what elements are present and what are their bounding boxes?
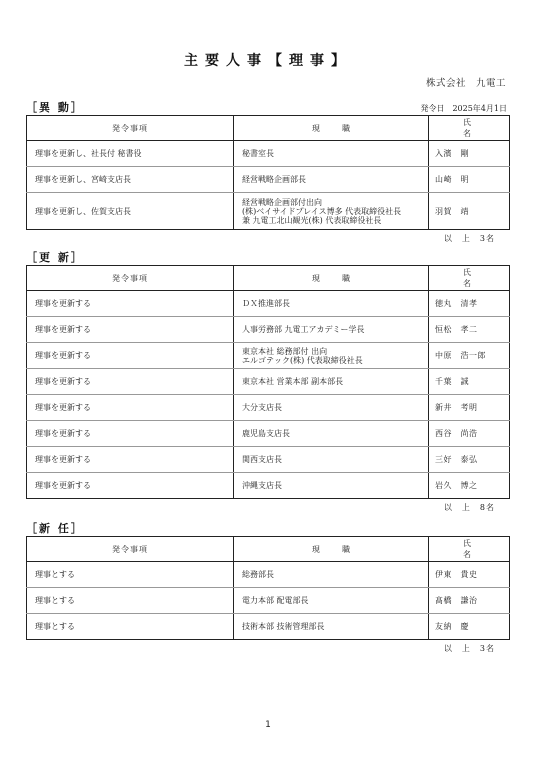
name-cell: 中原 浩一郎: [429, 343, 510, 369]
position-line: 経営戦略企画部付出向: [242, 198, 420, 207]
section-label: ［異 動］: [26, 99, 84, 115]
position-cell: 経営戦略企画部長: [234, 167, 429, 193]
col-header-position: 現職: [234, 537, 429, 562]
position-line: 兼 九電工北山観光(株) 代表取締役社長: [242, 216, 420, 225]
position-cell: 沖縄支店長: [234, 473, 429, 499]
col-header-matter: 発令事項: [27, 266, 234, 291]
name-cell: 新井 考明: [429, 395, 510, 421]
table-row: 理事を更新する 東京本社 総務部付 出向 エルゴテック(株) 代表取締役社長 中…: [27, 343, 510, 369]
matter-cell: 理事を更新し、宮崎支店長: [27, 167, 234, 193]
name-cell: 千葉 誠: [429, 369, 510, 395]
matter-cell: 理事とする: [27, 562, 234, 588]
table-row: 理事を更新する 大分支店長 新井 考明: [27, 395, 510, 421]
name-cell: 三好 泰弘: [429, 447, 510, 473]
name-cell: 伊東 貴史: [429, 562, 510, 588]
matter-cell: 理事を更新する: [27, 369, 234, 395]
table-row: 理事を更新する 鹿児島支店長 西谷 尚浩: [27, 421, 510, 447]
position-cell: 電力本部 配電部長: [234, 588, 429, 614]
position-cell: 関西支店長: [234, 447, 429, 473]
col-header-matter: 発令事項: [27, 116, 234, 141]
section-renewal: ［更 新］ 発令事項 現職 氏名 理事を更新する ＤＸ推進部長 徳丸 清孝 理事…: [26, 251, 509, 513]
col-header-matter: 発令事項: [27, 537, 234, 562]
name-cell: 友納 慶: [429, 614, 510, 640]
section-label: ［新 任］: [26, 520, 84, 536]
position-cell: 経営戦略企画部付出向 (株)ベイサイドプレイス博多 代表取締役社長 兼 九電工北…: [234, 193, 429, 230]
personnel-table: 発令事項 現職 氏名 理事とする 総務部長 伊東 貴史 理事とする 電力本部 配…: [26, 536, 510, 640]
position-cell: 東京本社 営業本部 副本部長: [234, 369, 429, 395]
section-total: 以 上 3名: [26, 643, 509, 654]
position-cell: 秘書室長: [234, 141, 429, 167]
position-cell: ＤＸ推進部長: [234, 291, 429, 317]
table-row: 理事を更新する ＤＸ推進部長 徳丸 清孝: [27, 291, 510, 317]
position-cell: 東京本社 総務部付 出向 エルゴテック(株) 代表取締役社長: [234, 343, 429, 369]
position-cell: 大分支店長: [234, 395, 429, 421]
matter-cell: 理事を更新する: [27, 395, 234, 421]
table-row: 理事を更新する 東京本社 営業本部 副本部長 千葉 誠: [27, 369, 510, 395]
effective-date: 発令日 2025年4月1日: [420, 103, 507, 114]
position-cell: 技術本部 技術管理部長: [234, 614, 429, 640]
matter-cell: 理事を更新する: [27, 447, 234, 473]
matter-cell: 理事を更新する: [27, 291, 234, 317]
name-cell: 恒松 孝二: [429, 317, 510, 343]
name-cell: 羽賀 靖: [429, 193, 510, 230]
table-row: 理事とする 技術本部 技術管理部長 友納 慶: [27, 614, 510, 640]
section-new-appointment: ［新 任］ 発令事項 現職 氏名 理事とする 総務部長 伊東 貴史 理事とする …: [26, 522, 509, 654]
matter-cell: 理事を更新する: [27, 421, 234, 447]
table-row: 理事とする 総務部長 伊東 貴史: [27, 562, 510, 588]
name-cell: 徳丸 清孝: [429, 291, 510, 317]
col-header-name: 氏名: [429, 116, 510, 141]
matter-cell: 理事を更新する: [27, 343, 234, 369]
col-header-name: 氏名: [429, 266, 510, 291]
matter-cell: 理事を更新し、佐賀支店長: [27, 193, 234, 230]
name-cell: 入濱 剛: [429, 141, 510, 167]
section-label: ［更 新］: [26, 249, 84, 265]
position-cell: 鹿児島支店長: [234, 421, 429, 447]
name-cell: 山崎 明: [429, 167, 510, 193]
col-header-position: 現職: [234, 266, 429, 291]
position-line: エルゴテック(株) 代表取締役社長: [242, 356, 420, 365]
position-line: 東京本社 総務部付 出向: [242, 347, 420, 356]
personnel-table: 発令事項 現職 氏名 理事を更新し、社長付 秘書役 秘書室長 入濱 剛 理事を更…: [26, 115, 510, 230]
position-cell: 総務部長: [234, 562, 429, 588]
name-cell: 西谷 尚浩: [429, 421, 510, 447]
col-header-name: 氏名: [429, 537, 510, 562]
matter-cell: 理事を更新し、社長付 秘書役: [27, 141, 234, 167]
company-name: 株式会社 九電工: [426, 75, 506, 89]
document-title: 主要人事【理事】: [0, 50, 536, 70]
matter-cell: 理事とする: [27, 614, 234, 640]
section-total: 以 上 8名: [26, 502, 509, 513]
section-total: 以 上 3名: [26, 233, 509, 244]
table-row: 理事を更新する 関西支店長 三好 泰弘: [27, 447, 510, 473]
table-row: 理事を更新し、社長付 秘書役 秘書室長 入濱 剛: [27, 141, 510, 167]
page-number: 1: [0, 720, 536, 730]
matter-cell: 理事とする: [27, 588, 234, 614]
col-header-position: 現職: [234, 116, 429, 141]
name-cell: 岩久 博之: [429, 473, 510, 499]
position-cell: 人事労務部 九電工アカデミー学長: [234, 317, 429, 343]
table-row: 理事を更新する 沖縄支店長 岩久 博之: [27, 473, 510, 499]
table-row: 理事を更新する 人事労務部 九電工アカデミー学長 恒松 孝二: [27, 317, 510, 343]
section-transfer: ［異 動］ 発令日 2025年4月1日 発令事項 現職 氏名 理事を更新し、社長…: [26, 101, 509, 244]
matter-cell: 理事を更新する: [27, 317, 234, 343]
table-row: 理事を更新し、佐賀支店長 経営戦略企画部付出向 (株)ベイサイドプレイス博多 代…: [27, 193, 510, 230]
table-row: 理事とする 電力本部 配電部長 髙橋 謙治: [27, 588, 510, 614]
personnel-table: 発令事項 現職 氏名 理事を更新する ＤＸ推進部長 徳丸 清孝 理事を更新する …: [26, 265, 510, 499]
position-line: (株)ベイサイドプレイス博多 代表取締役社長: [242, 207, 420, 216]
matter-cell: 理事を更新する: [27, 473, 234, 499]
table-row: 理事を更新し、宮崎支店長 経営戦略企画部長 山崎 明: [27, 167, 510, 193]
name-cell: 髙橋 謙治: [429, 588, 510, 614]
